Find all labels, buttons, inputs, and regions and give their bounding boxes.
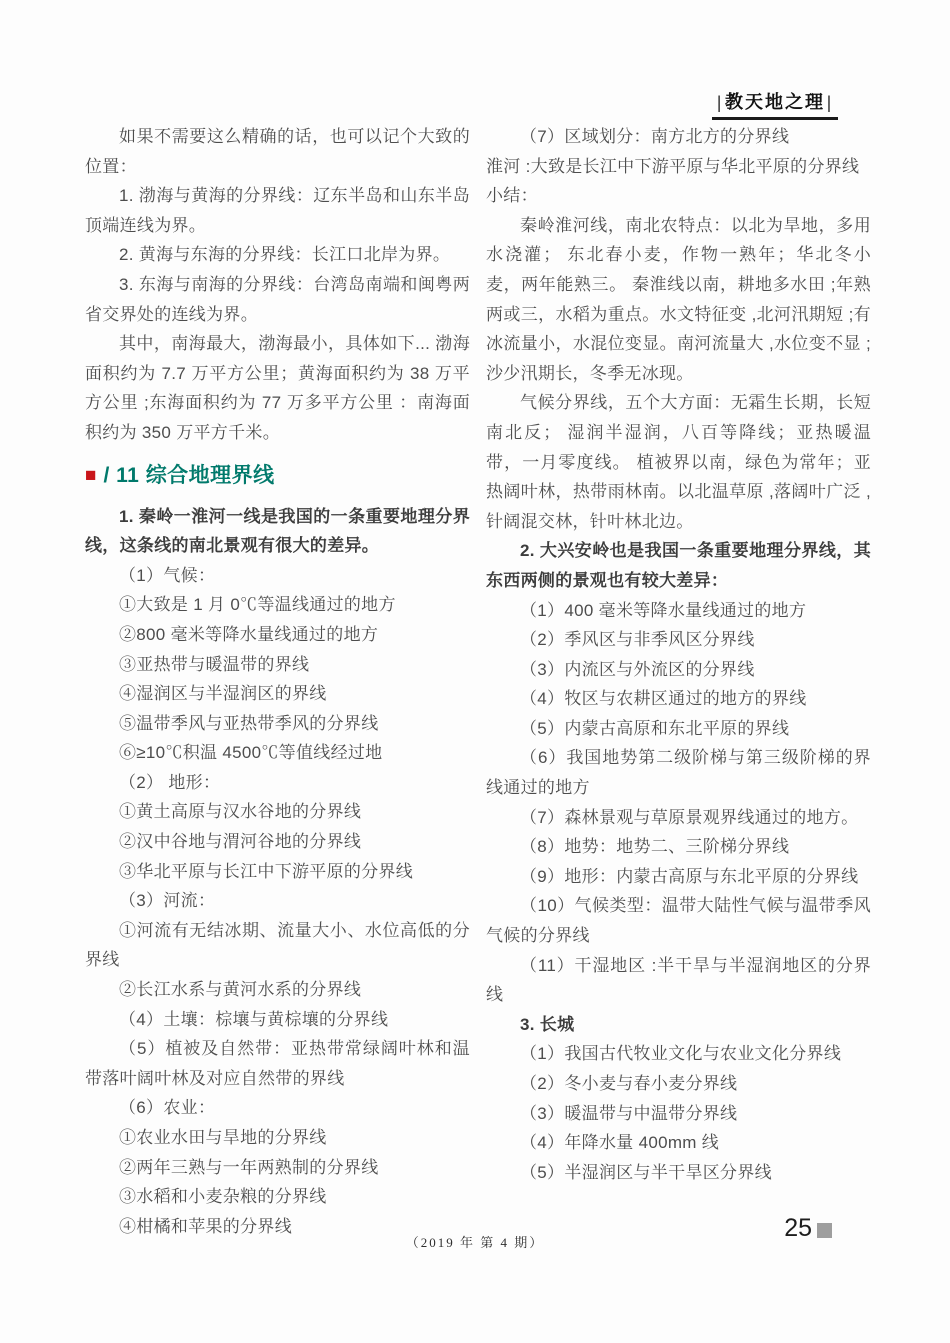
paragraph: ①农业水田与旱地的分界线 [85, 1123, 470, 1153]
paragraph: （5）植被及自然带：亚热带常绿阔叶林和温带落叶阔叶林及对应自然带的界线 [85, 1034, 470, 1093]
paragraph: 淮河 :大致是长江中下游平原与华北平原的分界线 [486, 152, 871, 182]
paragraph: （5）内蒙古高原和东北平原的界线 [486, 714, 871, 744]
bold-paragraph: 1. 秦岭一淮河一线是我国的一条重要地理分界线，这条线的南北景观有很大的差异。 [85, 502, 470, 561]
page-number-block: 25 [784, 1216, 832, 1241]
paragraph: ③华北平原与长江中下游平原的分界线 [85, 857, 470, 887]
paragraph: （5）半湿润区与半干旱区分界线 [486, 1158, 871, 1188]
page-header-brand: |教天地之理| [712, 88, 838, 120]
paragraph: （1）我国古代牧业文化与农业文化分界线 [486, 1039, 871, 1069]
bold-paragraph: 2. 大兴安岭也是我国一条重要地理分界线，其东西两侧的景观也有较大差异： [486, 536, 871, 595]
paragraph: 气候分界线，五个大方面：无霜生长期，长短南北反； 湿润半湿润，八百等降线；亚热暖… [486, 388, 871, 536]
paragraph: （2）季风区与非季风区分界线 [486, 625, 871, 655]
magazine-page: |教天地之理| 如果不需要这么精确的话，也可以记个大致的位置：1. 渤海与黄海的… [0, 0, 950, 1343]
paragraph: 小结： [486, 181, 871, 211]
paragraph: （2）冬小麦与春小麦分界线 [486, 1069, 871, 1099]
page-number: 25 [784, 1216, 812, 1241]
page-number-square-icon [817, 1223, 832, 1238]
paragraph: ③亚热带与暖温带的界线 [85, 650, 470, 680]
header-left-bar: | [715, 92, 725, 112]
paragraph: （3）暖温带与中温带分界线 [486, 1099, 871, 1129]
two-column-body: 如果不需要这么精确的话，也可以记个大致的位置：1. 渤海与黄海的分界线：辽东半岛… [85, 122, 871, 1241]
paragraph: ②两年三熟与一年两熟制的分界线 [85, 1153, 470, 1183]
paragraph: （7）区域划分：南方北方的分界线 [486, 122, 871, 152]
paragraph: （9）地形：内蒙古高原与东北平原的分界线 [486, 862, 871, 892]
paragraph: ④湿润区与半湿润区的界线 [85, 679, 470, 709]
paragraph: （3）河流： [85, 886, 470, 916]
left-column: 如果不需要这么精确的话，也可以记个大致的位置：1. 渤海与黄海的分界线：辽东半岛… [85, 122, 470, 1241]
paragraph: ②汉中谷地与渭河谷地的分界线 [85, 827, 470, 857]
paragraph: 3. 东海与南海的分界线：台湾岛南端和闽粤两省交界处的连线为界。 [85, 270, 470, 329]
paragraph: ①河流有无结冰期、流量大小、水位高低的分界线 [85, 916, 470, 975]
paragraph: （11）干湿地区 :半干旱与半湿润地区的分界线 [486, 951, 871, 1010]
red-square-marker-icon: ■ [85, 461, 96, 491]
paragraph: （4）土壤：棕壤与黄棕壤的分界线 [85, 1005, 470, 1035]
section-heading: ■/ 11 综合地理界线 [85, 461, 470, 491]
paragraph: （6）农业： [85, 1093, 470, 1123]
paragraph: （7）森林景观与草原景观界线通过的地方。 [486, 803, 871, 833]
header-right-bar: | [825, 92, 835, 112]
right-column: （7）区域划分：南方北方的分界线淮河 :大致是长江中下游平原与华北平原的分界线小… [486, 122, 871, 1241]
header-brand-text: 教天地之理 [725, 92, 825, 112]
paragraph: 其中，南海最大，渤海最小，具体如下... 渤海面积约为 7.7 万平方公里；黄海… [85, 329, 470, 447]
paragraph: 2. 黄海与东海的分界线：长江口北岸为界。 [85, 240, 470, 270]
bold-paragraph: 3. 长城 [486, 1010, 871, 1040]
paragraph: （4）年降水量 400mm 线 [486, 1128, 871, 1158]
paragraph: （2） 地形： [85, 768, 470, 798]
paragraph: ⑤温带季风与亚热带季风的分界线 [85, 709, 470, 739]
paragraph: （4）牧区与农耕区通过的地方的界线 [486, 684, 871, 714]
paragraph: ①黄土高原与汉水谷地的分界线 [85, 797, 470, 827]
paragraph: （1）400 毫米等降水量线通过的地方 [486, 596, 871, 626]
paragraph: （10）气候类型：温带大陆性气候与温带季风气候的分界线 [486, 891, 871, 950]
paragraph: ①大致是 1 月 0℃等温线通过的地方 [85, 590, 470, 620]
paragraph: （6）我国地势第二级阶梯与第三级阶梯的界线通过的地方 [486, 743, 871, 802]
paragraph: （3）内流区与外流区的分界线 [486, 655, 871, 685]
paragraph: 1. 渤海与黄海的分界线：辽东半岛和山东半岛顶端连线为界。 [85, 181, 470, 240]
paragraph: 如果不需要这么精确的话，也可以记个大致的位置： [85, 122, 470, 181]
paragraph: ②长江水系与黄河水系的分界线 [85, 975, 470, 1005]
paragraph: （1）气候： [85, 561, 470, 591]
paragraph: ②800 毫米等降水量线通过的地方 [85, 620, 470, 650]
paragraph: （8）地势：地势二、三阶梯分界线 [486, 832, 871, 862]
paragraph: ⑥≥10℃积温 4500℃等值线经过地 [85, 738, 470, 768]
section-title: / 11 综合地理界线 [103, 461, 274, 491]
paragraph: 秦岭淮河线，南北农特点：以北为旱地，多用水浇灌； 东北春小麦，作物一熟年；华北冬… [486, 211, 871, 389]
paragraph: ③水稻和小麦杂粮的分界线 [85, 1182, 470, 1212]
